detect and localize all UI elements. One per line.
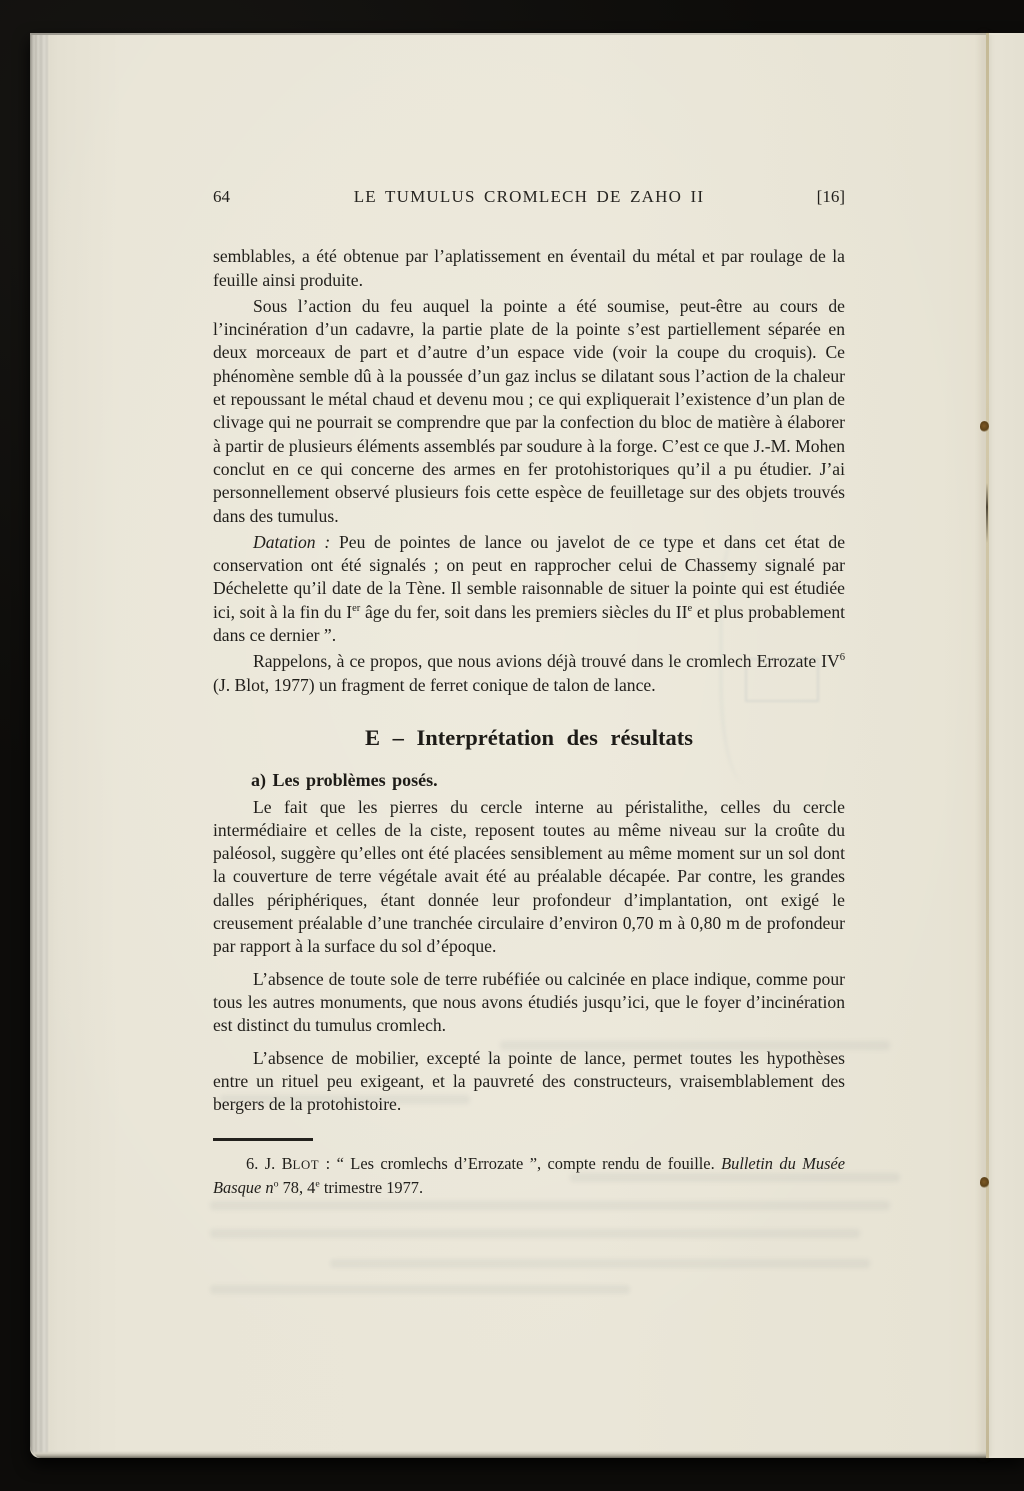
bleed-through-text [210, 1285, 630, 1294]
page-number: 64 [213, 185, 303, 208]
paragraph: L’absence de toute sole de terre rubéfié… [213, 968, 845, 1038]
bleed-through-text [210, 1229, 860, 1238]
footnote-rule [213, 1138, 313, 1141]
adjacent-page-edge [989, 33, 1024, 1458]
paragraph-datation: Datation : Peu de pointes de lance ou ja… [213, 531, 845, 647]
page-top-edge [30, 33, 1024, 35]
page-stack-edges [30, 35, 51, 1456]
bleed-through-text [330, 1259, 870, 1268]
pagination-mark: [16] [755, 185, 845, 208]
staple-rust-mark [980, 421, 989, 432]
paragraph-continuation: semblables, a été obtenue par l’aplatiss… [213, 245, 845, 292]
text-run-italic: n [261, 1178, 273, 1197]
running-title: LE TUMULUS CROMLECH DE ZAHO II [303, 185, 755, 208]
page-bottom-edge [34, 1451, 1024, 1458]
page-header: 64 LE TUMULUS CROMLECH DE ZAHO II [16] [213, 185, 845, 208]
text-run-italic: Datation : [253, 532, 330, 552]
footnote: 6. J. BLOT : “ Les cromlechs d’Errozate … [213, 1153, 845, 1199]
text-run: 6. J. B [246, 1154, 293, 1173]
footnote-reference: 6 [840, 652, 845, 663]
book-page: 64 LE TUMULUS CROMLECH DE ZAHO II [16] s… [30, 33, 1024, 1458]
paragraph: Rappelons, à ce propos, que nous avions … [213, 650, 845, 697]
text-run: Rappelons, à ce propos, que nous avions … [253, 651, 840, 671]
binding-crease [986, 33, 989, 1458]
text-run: trimestre 1977. [320, 1178, 423, 1197]
text-run: 78, 4 [278, 1178, 315, 1197]
text-run-smallcaps: LOT [293, 1158, 320, 1172]
text-run: (J. Blot, 1977) un fragment de ferret co… [213, 675, 656, 695]
section-heading: E – Interprétation des résultats [213, 726, 845, 749]
crease-shadow-streak [986, 483, 988, 543]
paragraph: Sous l’action du feu auquel la pointe a … [213, 295, 845, 528]
paragraph: Le fait que les pierres du cercle intern… [213, 796, 845, 959]
bleed-through-text [210, 1201, 890, 1210]
text-run: : “ Les cromlechs d’Errozate ”, compte r… [319, 1154, 721, 1173]
page-content: 64 LE TUMULUS CROMLECH DE ZAHO II [16] s… [213, 185, 845, 1199]
scanner-background: 64 LE TUMULUS CROMLECH DE ZAHO II [16] s… [0, 0, 1024, 1491]
text-run: âge du fer, soit dans les premiers siècl… [360, 602, 687, 622]
paragraph: L’absence de mobilier, excepté la pointe… [213, 1047, 845, 1117]
subsection-heading: a) Les problèmes posés. [213, 769, 845, 792]
staple-rust-mark [980, 1177, 989, 1188]
